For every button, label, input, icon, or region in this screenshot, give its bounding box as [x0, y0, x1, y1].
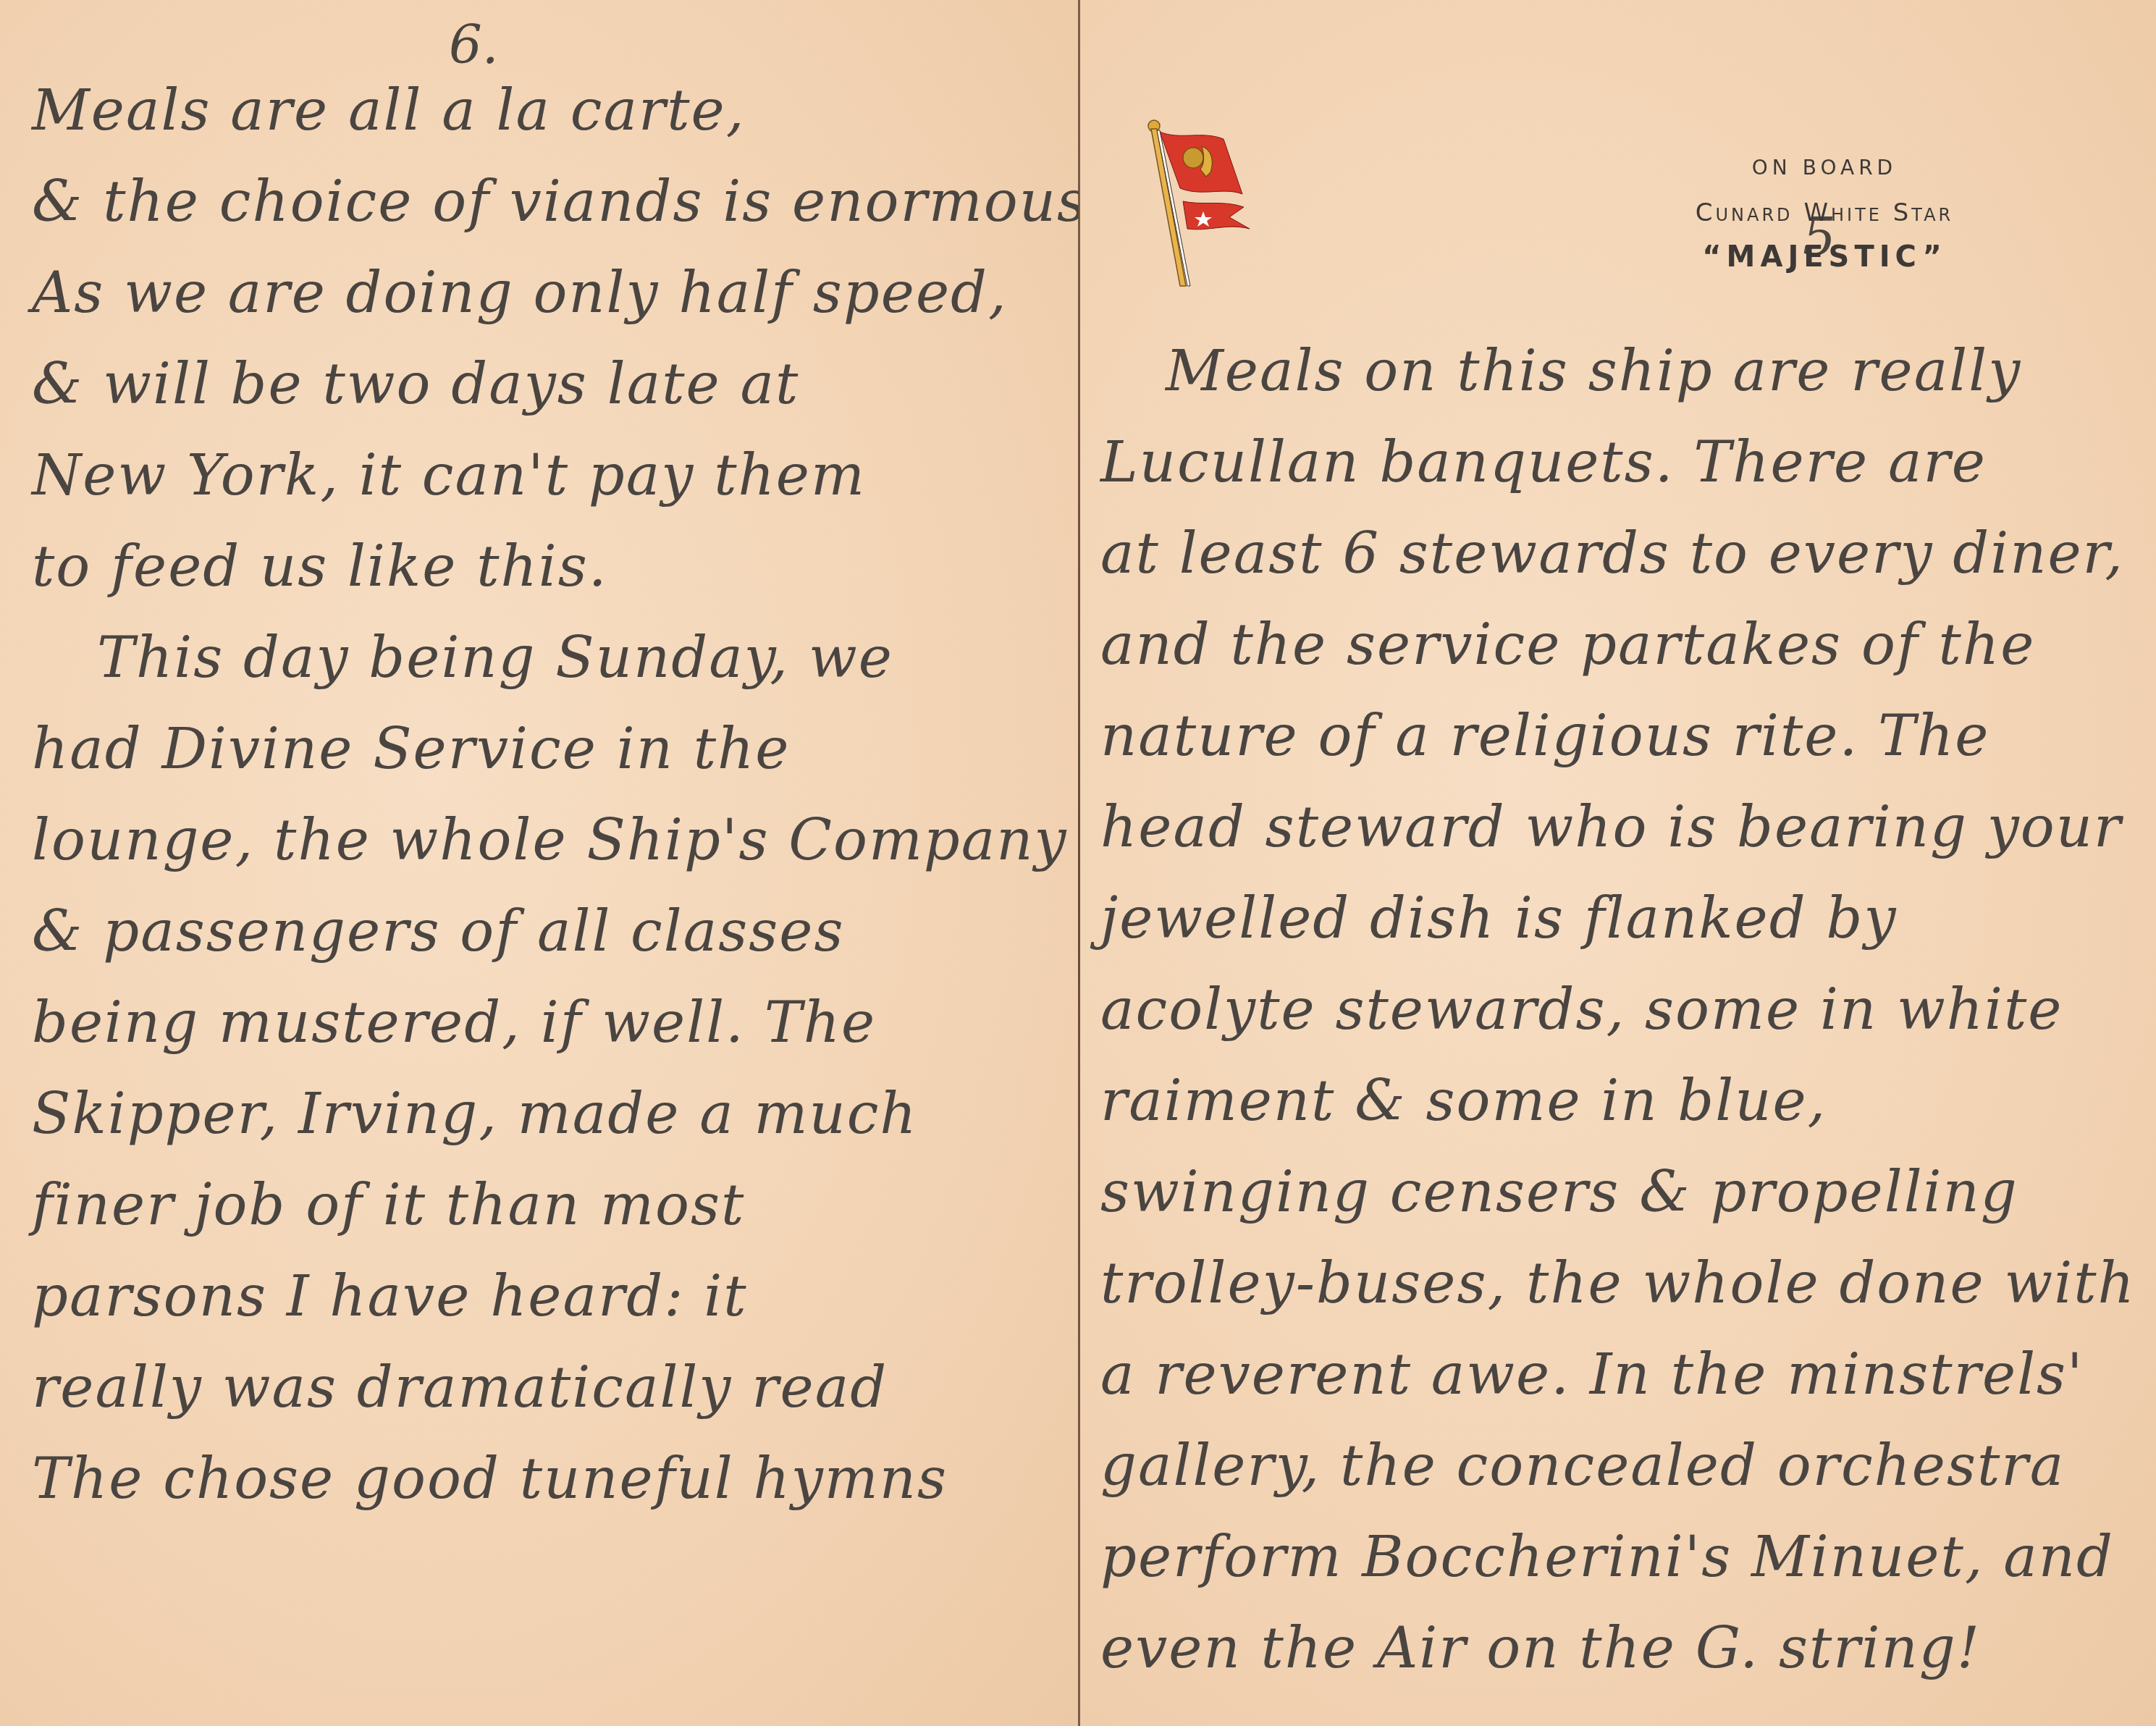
handwritten-line: swinging censers & propelling	[1100, 1147, 2156, 1238]
left-page: 6. Meals are all a la carte, & the choic…	[0, 0, 1079, 1726]
handwritten-line: Skipper, Irving, made a much	[32, 1069, 1079, 1160]
handwritten-line: really was dramatically read	[32, 1342, 1079, 1434]
handwritten-line: at least 6 stewards to every diner,	[1100, 508, 2156, 599]
handwritten-line: & will be two days late at	[32, 339, 1079, 430]
handwritten-line: nature of a religious rite. The	[1100, 691, 2156, 782]
handwritten-line: trolley-buses, the whole done with	[1100, 1238, 2156, 1329]
handwritten-line: New York, it can't pay them	[32, 430, 1079, 521]
handwritten-line: & the choice of viands is enormous.	[32, 156, 1079, 248]
handwritten-line: even the Air on the G. string!	[1100, 1603, 2156, 1694]
handwritten-line: Lucullan banquets. There are	[1100, 417, 2156, 508]
handwritten-line: lounge, the whole Ship's Company	[32, 795, 1079, 886]
handwritten-line: & passengers of all classes	[32, 886, 1079, 977]
page-fold-divider	[1078, 0, 1080, 1726]
handwritten-line: jewelled dish is flanked by	[1100, 873, 2156, 964]
handwritten-line: parsons I have heard: it	[32, 1251, 1079, 1342]
handwritten-line: finer job of it than most	[32, 1160, 1079, 1251]
handwritten-line: As we are doing only half speed,	[32, 248, 1079, 339]
handwritten-line: a reverent awe. In the minstrels'	[1100, 1329, 2156, 1420]
letterhead-ship-name: “MAJESTIC”	[1651, 240, 1998, 274]
handwritten-line: The chose good tuneful hymns	[32, 1434, 1079, 1525]
handwritten-line: perform Boccherini's Minuet, and	[1100, 1512, 2156, 1603]
right-page-text: Meals on this ship are really Lucullan b…	[1079, 326, 2156, 1694]
handwritten-line: This day being Sunday, we	[32, 612, 1079, 704]
handwritten-line: acolyte stewards, some in white	[1100, 964, 2156, 1056]
left-page-text: Meals are all a la carte, & the choice o…	[0, 65, 1079, 1525]
letterhead-on-board: ON BOARD	[1651, 156, 1998, 180]
handwritten-line: raiment & some in blue,	[1100, 1056, 2156, 1147]
handwritten-line: Meals are all a la carte,	[32, 65, 1079, 156]
handwritten-line: Meals on this ship are really	[1100, 326, 2156, 417]
handwritten-line: and the service partakes of the	[1100, 599, 2156, 691]
handwritten-line: being mustered, if well. The	[32, 977, 1079, 1069]
handwritten-line: to feed us like this.	[32, 521, 1079, 612]
handwritten-line: had Divine Service in the	[32, 704, 1079, 795]
handwritten-line: gallery, the concealed orchestra	[1100, 1420, 2156, 1512]
cunard-white-star-flag-icon	[1144, 116, 1274, 290]
letterhead-company: Cunard White Star	[1651, 198, 1998, 227]
letterhead: ON BOARD Cunard White Star “MAJESTIC”	[1651, 156, 1998, 274]
handwritten-line: head steward who is bearing your	[1100, 782, 2156, 873]
letter-spread: 6. Meals are all a la carte, & the choic…	[0, 0, 2156, 1726]
